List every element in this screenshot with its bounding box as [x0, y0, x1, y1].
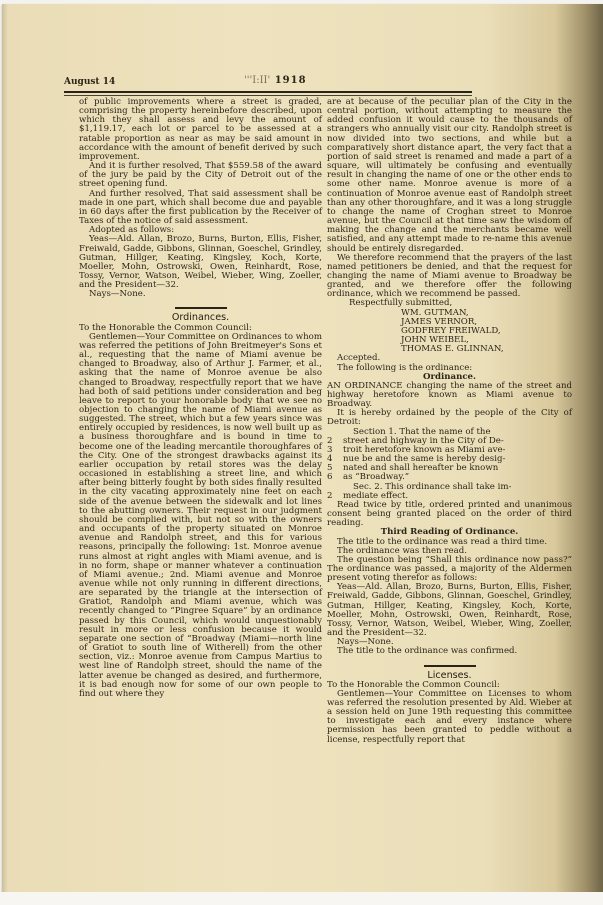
header-title-faded: '''I:II' — [244, 75, 270, 86]
left-column: of public improvements where a street is… — [79, 98, 322, 699]
paragraph: Read twice by title, ordered printed and… — [327, 501, 572, 528]
right-column: are at because of the peculiar plan of t… — [327, 98, 572, 745]
paragraph: And further resolved, That said assessme… — [79, 190, 322, 227]
paragraph: Gentlemen—Your Committee on Licenses to … — [327, 690, 572, 745]
header-rule-thin — [64, 95, 472, 96]
ordinance-enacting-clause: It is hereby ordained by the people of t… — [327, 409, 572, 427]
paragraph: Yeas—Ald. Allan, Brozo, Burns, Burton, E… — [327, 583, 572, 638]
ordinance-section-2: Sec. 2. This ordinance shall take im- 2m… — [327, 483, 572, 501]
paragraph: are at because of the peculiar plan of t… — [327, 98, 572, 254]
page-header: August 14 '''I:II' 1918 — [64, 74, 472, 90]
section-heading-ordinances: Ordinances. — [79, 313, 322, 322]
section-heading-licenses: Licenses. — [327, 671, 572, 680]
paragraph: Gentlemen—Your Committee on Ordinances t… — [79, 333, 322, 699]
paragraph: We therefore recommend that the prayers … — [327, 254, 572, 300]
paragraph: of public improvements where a street is… — [79, 98, 322, 162]
paragraph: Nays—None. — [79, 290, 322, 299]
page-bottom-margin — [0, 892, 603, 905]
paragraph: The question being “Shall this ordinance… — [327, 556, 572, 583]
paragraph: And it is further resolved, That $559.58… — [79, 162, 322, 189]
header-title: '''I:II' 1918 — [244, 75, 307, 86]
paragraph: Yeas—Ald. Allan, Brozo, Burns, Burton, E… — [79, 235, 322, 290]
header-year: 1918 — [275, 75, 307, 86]
section-divider — [424, 665, 476, 667]
paragraph: The title to the ordinance was confirmed… — [327, 647, 572, 656]
header-date: August 14 — [64, 77, 115, 87]
scanned-page: August 14 '''I:II' 1918 of public improv… — [2, 4, 603, 892]
header-rule — [64, 91, 472, 93]
ordinance-title: AN ORDINANCE changing the name of the st… — [327, 382, 572, 409]
ordinance-section-1: Section 1. That the name of the 2street … — [327, 428, 572, 483]
section-divider — [175, 307, 227, 309]
